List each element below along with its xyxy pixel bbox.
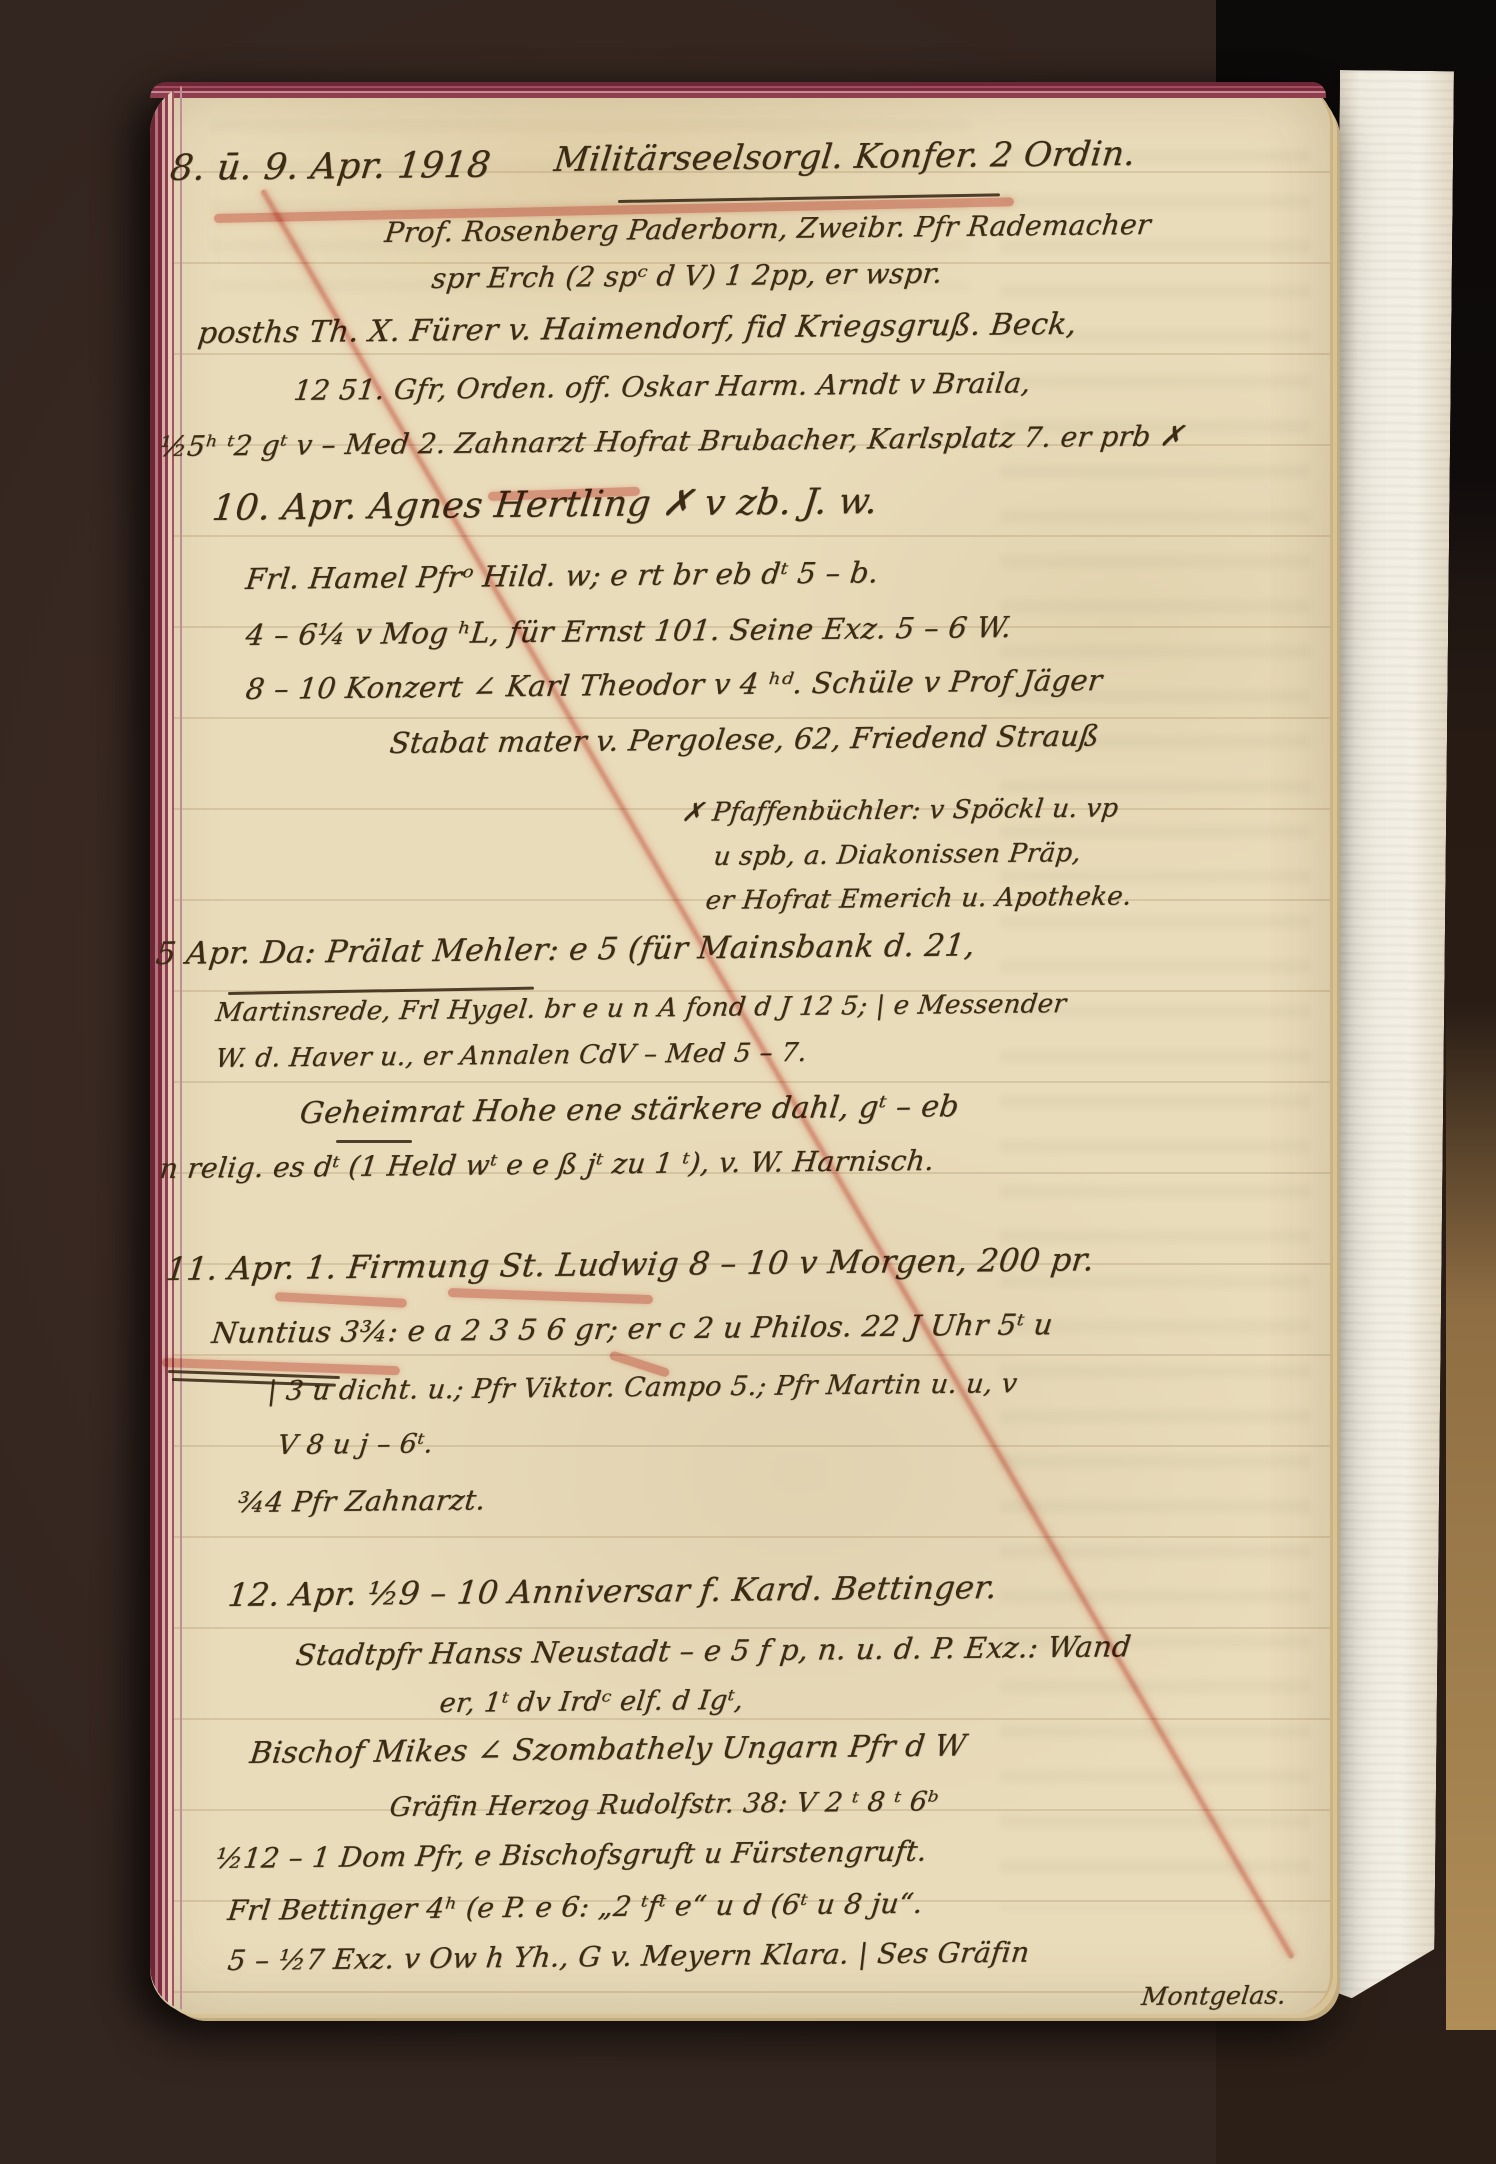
- scanned-photo: { "document": { "kind": "scanned handwri…: [0, 0, 1496, 2164]
- crayon-marks-layer: [0, 0, 1496, 2164]
- red-crayon-mark: [609, 1350, 671, 1378]
- red-crayon-mark: [214, 197, 1014, 223]
- red-diagonal-strike: [258, 188, 1296, 1961]
- ink-underline: [228, 987, 534, 995]
- red-crayon-mark: [488, 487, 640, 501]
- red-crayon-mark: [275, 1292, 407, 1308]
- red-crayon-mark: [448, 1288, 653, 1304]
- ink-underline: [336, 1140, 412, 1143]
- ink-underline: [172, 1378, 336, 1387]
